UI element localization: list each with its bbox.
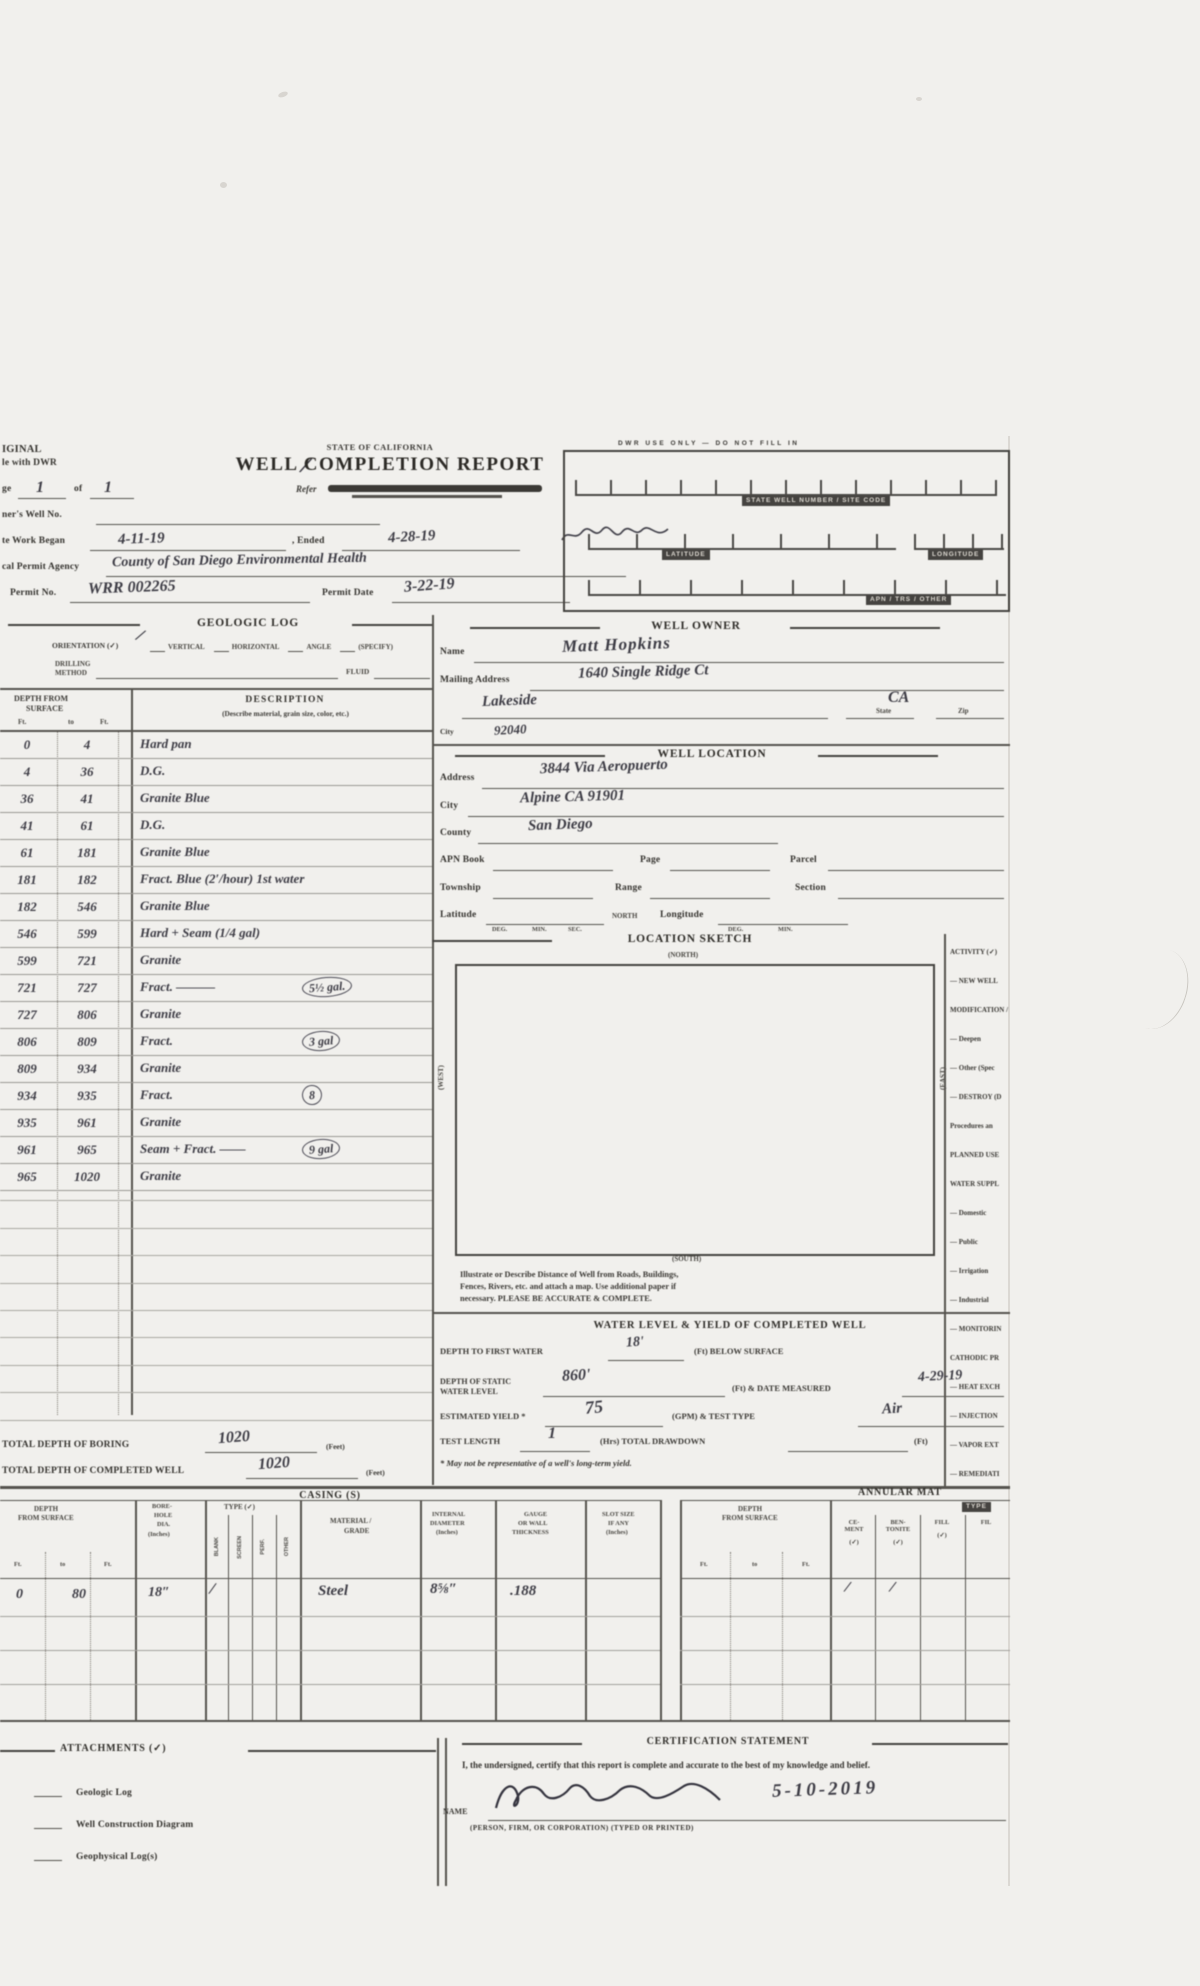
log-description: Hard pan (140, 737, 192, 750)
sketch-section-bottom-line (432, 1312, 1010, 1314)
permit-date-label: Permit Date (322, 588, 374, 599)
test-length-label: TEST LENGTH (440, 1437, 500, 1446)
material-label2: GRADE (344, 1528, 369, 1536)
casing-depth-header2: FROM SURFACE (18, 1515, 74, 1523)
deg-label: DEG. (492, 927, 507, 934)
casing-dia-value: 18″ (148, 1586, 170, 1600)
permit-date-blank (392, 602, 570, 603)
casing-col-line (660, 1500, 662, 1720)
orientation-check-blank (340, 642, 355, 652)
log-row: 182 546 Granite Blue (0, 894, 432, 921)
log-description: Fract. ——— (140, 980, 215, 993)
feet-label: (Feet) (366, 1469, 385, 1477)
log-row: 36 41 Granite Blue (0, 786, 432, 813)
total-depth-completed-value: 1020 (257, 1455, 290, 1473)
zip-label: Zip (958, 708, 969, 716)
log-description: Granite (140, 1115, 181, 1128)
casing-material-value: Steel (318, 1584, 348, 1599)
annular-depth-header1: DEPTH (738, 1506, 762, 1514)
material-label1: MATERIAL / (330, 1518, 371, 1526)
fluid-label: FLUID (346, 668, 369, 676)
log-yield-note-circled: 5½ gal. (301, 975, 353, 999)
ft-label: Ft. (104, 1562, 112, 1569)
activity-item: ACTIVITY (✓) (950, 938, 1008, 967)
total-depth-completed-blank (246, 1478, 358, 1479)
apn-book-label: APN Book (440, 855, 485, 866)
log-depth-to: 965 (58, 1137, 116, 1163)
annular-col-label1: FILL (920, 1520, 964, 1527)
log-depth-from: 599 (2, 948, 52, 974)
attachment-label: Geologic Log (76, 1788, 132, 1799)
geologic-log-title: GEOLOGIC LOG (150, 618, 346, 630)
north-label: NORTH (612, 913, 637, 921)
permit-agency-blank (106, 576, 626, 577)
to-label: to (68, 719, 74, 727)
log-description: Hard + Seam (1/4 gal) (140, 926, 260, 939)
orientation-check-blank (150, 642, 165, 652)
date-ended-label: , Ended (292, 536, 325, 547)
parcel-blank (828, 870, 1004, 871)
drilling-method-blank (96, 678, 338, 679)
file-with-dwr-label: le with DWR (2, 458, 57, 469)
date-measured-blank (902, 1396, 1004, 1397)
attachment-label: Geophysical Log(s) (76, 1852, 157, 1863)
township-blank (493, 898, 593, 899)
orientation-option-label: ANGLE (306, 644, 331, 652)
annular-top-line (680, 1500, 1010, 1501)
total-depth-completed-label: TOTAL DEPTH OF COMPLETED WELL (2, 1466, 184, 1477)
attachment-check-blank (34, 1796, 62, 1797)
casing-type-check: / (209, 1580, 216, 1597)
attachments-title: ATTACHMENTS (✓) (60, 1744, 166, 1754)
activity-item: WATER SUPPL (950, 1170, 1008, 1199)
well-owner-title: WELL OWNER (608, 621, 784, 633)
log-description: Fract. (140, 1034, 173, 1047)
dwr-use-only-note: DWR USE ONLY — DO NOT FILL IN (618, 440, 799, 447)
annular-header-bottom (680, 1578, 1010, 1579)
log-depth-to: 36 (58, 759, 116, 785)
activity-item: — REMEDIATI (950, 1460, 1008, 1483)
range-label: Range (615, 883, 642, 894)
log-depth-to: 4 (58, 732, 116, 758)
owner-location-divider (432, 744, 1010, 746)
log-table-top-line (0, 688, 432, 690)
first-water-label: DEPTH TO FIRST WATER (440, 1347, 543, 1356)
county-blank (478, 843, 778, 844)
owners-well-no-label: ner's Well No. (2, 510, 62, 521)
state-label: State (876, 708, 891, 716)
log-depth-from: 182 (2, 894, 52, 920)
casing-internal-value: 8⅝″ (430, 1582, 457, 1597)
annular-row-line (680, 1650, 1010, 1651)
casing-gauge-value: .188 (510, 1584, 536, 1599)
log-depth-to: 546 (58, 894, 116, 920)
scan-crease-mark (1117, 941, 1198, 1037)
owner-city-handwritten: Lakeside (482, 693, 537, 710)
annular-row-line (680, 1684, 1010, 1685)
section-blank (838, 898, 1004, 899)
log-depth-to: 806 (58, 1002, 116, 1028)
orientation-check-blank (214, 642, 229, 652)
ft-label: Ft. (802, 1562, 810, 1569)
test-type-handwritten: Air (882, 1401, 903, 1417)
log-depth-to: 961 (58, 1110, 116, 1136)
water-level-title: WATER LEVEL & YIELD OF COMPLETED WELL (500, 1320, 960, 1331)
log-depth-to: 61 (58, 813, 116, 839)
page-label: ge (2, 484, 11, 495)
sketch-instructions-line3: necessary. PLEASE BE ACCURATE & COMPLETE… (460, 1294, 652, 1303)
permit-no-label: Permit No. (10, 588, 56, 599)
title-rule (432, 940, 552, 942)
log-depth-from: 809 (2, 1056, 52, 1082)
log-depth-to: 182 (58, 867, 116, 893)
drawdown-label: (Hrs) TOTAL DRAWDOWN (600, 1437, 705, 1446)
cert-date-handwritten: 5-10-2019 (772, 1778, 879, 1801)
log-depth-from: 721 (2, 975, 52, 1001)
scan-speck (277, 90, 288, 98)
annular-depth-header2: FROM SURFACE (722, 1515, 778, 1523)
casing-col-line (300, 1500, 302, 1720)
min-label: MIN. (532, 927, 547, 934)
south-direction-label: (SOUTH) (672, 1256, 701, 1264)
annular-title: ANNULAR MAT (858, 1488, 942, 1498)
longitude-field-label: Longitude (660, 910, 704, 921)
log-depth-from: 935 (2, 1110, 52, 1136)
log-row: 41 61 D.G. (0, 813, 432, 840)
log-depth-from: 0 (2, 732, 52, 758)
casing-top-line (0, 1500, 660, 1501)
casing-to-value: 80 (72, 1588, 86, 1602)
annular-col-check-label: (✓) (832, 1540, 876, 1547)
method-label: METHOD (55, 670, 87, 678)
owner-city-blank (462, 718, 828, 719)
fluid-blank (374, 678, 430, 679)
drawdown-blank (788, 1451, 908, 1452)
first-water-blank (608, 1360, 684, 1361)
refer-label: Refer (296, 484, 317, 494)
activity-item: — Industrial (950, 1286, 1008, 1315)
activity-item: — VAPOR EXT (950, 1431, 1008, 1460)
log-depth-from: 546 (2, 921, 52, 947)
attachment-item: Geophysical Log(s) (0, 1848, 430, 1880)
location-sketch-box (455, 964, 935, 1256)
redaction-bar (352, 495, 502, 498)
location-address-label: Address (440, 773, 474, 784)
cert-signature-line (488, 1820, 1006, 1821)
log-depth-to: 181 (58, 840, 116, 866)
date-began-blank (90, 550, 286, 551)
activity-column-divider (944, 934, 946, 1486)
ft-label: Ft. (100, 719, 108, 727)
estimated-yield-label: ESTIMATED YIELD * (440, 1412, 526, 1421)
slot-label3: (Inches) (606, 1530, 628, 1537)
mailing-address-label: Mailing Address (440, 675, 510, 686)
log-description: Seam + Fract. —— (140, 1142, 246, 1155)
certification-title: CERTIFICATION STATEMENT (586, 1737, 870, 1747)
sketch-instructions-line1: Illustrate or Describe Distance of Well … (460, 1270, 678, 1279)
depth-from-header: DEPTH FROM (14, 695, 68, 704)
attachment-item: Well Construction Diagram (0, 1816, 430, 1848)
slot-label2: IF ANY (608, 1521, 629, 1528)
west-direction-label: (WEST) (438, 1065, 446, 1090)
log-description: D.G. (140, 764, 165, 777)
log-depth-to: 934 (58, 1056, 116, 1082)
annular-col-label2: TONITE (876, 1527, 920, 1534)
ft-label: Ft. (18, 719, 26, 727)
owners-well-no-blank (96, 524, 380, 525)
latitude-comb (588, 518, 896, 550)
mailing-address-blank (530, 690, 1004, 691)
date-began-handwritten: 4-11-19 (118, 531, 165, 548)
casing-bottom-heavy-line (0, 1720, 1010, 1722)
apn-page-label: Page (640, 855, 660, 866)
apn-book-blank (493, 870, 613, 871)
log-description: Granite (140, 1007, 181, 1020)
annular-col-line (680, 1500, 682, 1720)
scan-speck (916, 97, 922, 101)
casing-type-column-label: PERF. (261, 1539, 267, 1555)
log-empty-rows (0, 1174, 432, 1421)
casing-row-line (0, 1684, 660, 1685)
log-description: Granite (140, 1061, 181, 1074)
log-description: D.G. (140, 818, 165, 831)
redaction-bar (328, 485, 542, 492)
page-total-blank (90, 498, 134, 499)
log-yield-note-circled: 3 gal (301, 1030, 341, 1053)
activity-item: MODIFICATION / (950, 996, 1008, 1025)
log-row: 4 36 D.G. (0, 759, 432, 786)
log-row: 0 4 Hard pan (0, 732, 432, 759)
log-depth-from: 181 (2, 867, 52, 893)
page-blank (18, 498, 66, 499)
title-rule (470, 627, 600, 629)
page-number-handwritten: 1 (36, 480, 44, 496)
date-ended-handwritten: 4-28-19 (388, 529, 436, 546)
first-water-after-label: (Ft) BELOW SURFACE (694, 1347, 783, 1356)
static-level-label2: WATER LEVEL (440, 1388, 498, 1397)
attachment-check-blank (34, 1828, 62, 1829)
test-length-blank (520, 1451, 590, 1452)
min-label: MIN. (778, 927, 793, 934)
activity-item: Procedures an (950, 1112, 1008, 1141)
activity-item: — Other (Spec (950, 1054, 1008, 1083)
apn-trs-label: APN / TRS / OTHER (866, 595, 951, 605)
slot-label1: SLOT SIZE (602, 1512, 635, 1519)
original-label: IGINAL (2, 444, 42, 456)
parcel-label: Parcel (790, 855, 817, 866)
log-row: 727 806 Granite (0, 1002, 432, 1029)
location-city-label: City (440, 801, 458, 812)
log-depth-to: 41 (58, 786, 116, 812)
casing-col-line (585, 1500, 587, 1720)
permit-agency-label: cal Permit Agency (2, 562, 79, 573)
to-label: to (752, 1562, 757, 1569)
log-row: 181 182 Fract. Blue (2′/hour) 1st water (0, 867, 432, 894)
annular-col-check-label: (✓) (876, 1540, 920, 1547)
county-label: County (440, 828, 471, 839)
annular-row-line (680, 1616, 1010, 1617)
log-depth-to: 727 (58, 975, 116, 1001)
cert-name-label: NAME (443, 1808, 467, 1817)
annular-col-label1: FIL (964, 1520, 1008, 1527)
owner-name-handwritten: Matt Hopkins (562, 634, 671, 655)
date-began-label: te Work Began (2, 536, 65, 547)
log-row: 806 809 Fract. 3 gal (0, 1029, 432, 1056)
casing-col-line (135, 1500, 137, 1720)
owner-state-handwritten: CA (888, 690, 909, 706)
ft-label: Ft. (14, 1562, 22, 1569)
location-sketch-title: LOCATION SKETCH (560, 934, 820, 946)
log-yield-note-circled: 8 (301, 1084, 322, 1106)
casing-header-bottom (0, 1578, 660, 1579)
test-type-blank (858, 1426, 1004, 1427)
surface-header: SURFACE (26, 705, 63, 714)
orientation-label: ORIENTATION (✓) (52, 642, 118, 650)
static-level-handwritten: 860' (562, 1367, 591, 1384)
orientation-option-label: HORIZONTAL (232, 644, 280, 652)
location-city-handwritten: Alpine CA 91901 (520, 789, 625, 807)
first-water-handwritten: 18' (626, 1335, 645, 1350)
borehole-label1: BORE- (152, 1504, 172, 1511)
activity-column: ACTIVITY (✓) — NEW WELL MODIFICATION / —… (950, 938, 1008, 1483)
latitude-field-label: Latitude (440, 910, 476, 921)
page-total-handwritten: 1 (104, 480, 112, 496)
attachment-label: Well Construction Diagram (76, 1820, 193, 1831)
log-description: Fract. (140, 1088, 173, 1101)
casing-col-line (495, 1500, 497, 1720)
log-depth-from: 36 (2, 786, 52, 812)
owner-zip-blank (936, 718, 1004, 719)
casing-from-value: 0 (16, 1588, 23, 1602)
total-depth-boring-blank (205, 1452, 317, 1453)
range-blank (650, 898, 770, 899)
orientation-check-mark: / (135, 626, 146, 645)
yield-footnote: * May not be representative of a well's … (440, 1458, 632, 1468)
certification-body: I, the undersigned, certify that this re… (462, 1760, 1010, 1770)
casing-type-column-label: OTHER (285, 1537, 291, 1556)
annular-type-header: TYPE (962, 1502, 991, 1512)
owner-state-blank (846, 718, 914, 719)
log-row: 61 181 Granite Blue (0, 840, 432, 867)
scanned-well-completion-report: IGINAL le with DWR ge 1 of 1 / ner's Wel… (0, 0, 1200, 1986)
title-rule (248, 1750, 436, 1752)
log-row: 599 721 Granite (0, 948, 432, 975)
permit-agency-handwritten: County of San Diego Environmental Health (112, 552, 367, 570)
log-description: Granite (140, 953, 181, 966)
annular-cement-check: / (844, 1580, 851, 1597)
log-depth-to: 809 (58, 1029, 116, 1055)
permit-no-handwritten: WRR 002265 (88, 578, 176, 597)
attachment-item: Geologic Log (0, 1784, 430, 1816)
cert-signature-sublabel: (PERSON, FIRM, OR CORPORATION) (TYPED OR… (470, 1824, 694, 1832)
ft-label: Ft. (700, 1562, 708, 1569)
state-of-california: STATE OF CALIFORNIA (240, 442, 520, 452)
title-rule (0, 1750, 55, 1752)
state-well-number-comb (575, 464, 997, 496)
section-label: Section (795, 883, 826, 894)
latitude-label: LATITUDE (662, 550, 710, 560)
log-description: Fract. Blue (2′/hour) 1st water (140, 872, 304, 885)
log-depth-to: 935 (58, 1083, 116, 1109)
mailing-address-handwritten: 1640 Single Ridge Ct (578, 663, 709, 681)
to-label: to (60, 1562, 65, 1569)
orientation-option-label: (SPECIFY) (358, 644, 393, 652)
annular-bentonite-check: / (889, 1580, 896, 1597)
log-depth-from: 934 (2, 1083, 52, 1109)
gauge-label2: OR WALL (518, 1521, 547, 1528)
borehole-label2: HOLE (154, 1513, 172, 1520)
test-type-label: (GPM) & TEST TYPE (672, 1412, 755, 1421)
log-depth-from: 806 (2, 1029, 52, 1055)
title-rule (818, 755, 938, 757)
form-body: IGINAL le with DWR ge 1 of 1 / ner's Wel… (0, 440, 1010, 1910)
annular-col-check-label: (✓) (920, 1533, 964, 1540)
activity-item: — Public (950, 1228, 1008, 1257)
form-title: WELL COMPLETION REPORT (218, 454, 562, 476)
description-subheader: (Describe material, grain size, color, e… (148, 709, 423, 718)
gauge-label1: GAUGE (524, 1512, 547, 1519)
log-depth-from: 961 (2, 1137, 52, 1163)
casing-col-line (420, 1500, 422, 1720)
casing-row-line (0, 1650, 660, 1651)
orientation-option-label: VERTICAL (168, 644, 205, 652)
internal-label1: INTERNAL (432, 1512, 465, 1519)
internal-label2: DIAMETER (430, 1521, 465, 1528)
title-rule (8, 624, 140, 626)
casing-type-column-label: SCREEN (238, 1536, 244, 1559)
type-header: TYPE (✓) (224, 1504, 255, 1512)
log-depth-to: 721 (58, 948, 116, 974)
borehole-label3: DIA. (157, 1522, 170, 1529)
log-row: 546 599 Hard + Seam (1/4 gal) (0, 921, 432, 948)
borehole-label4: (Inches) (148, 1532, 170, 1539)
attachment-check-blank (34, 1860, 62, 1861)
internal-label3: (Inches) (436, 1530, 458, 1537)
log-row: 721 727 Fract. ——— 5½ gal. (0, 975, 432, 1002)
activity-item: — NEW WELL (950, 967, 1008, 996)
orientation-check-blank (288, 642, 303, 652)
activity-item: — DESTROY (D (950, 1083, 1008, 1112)
owner-zip-handwritten: 92040 (494, 722, 527, 737)
log-row: 961 965 Seam + Fract. —— 9 gal (0, 1137, 432, 1164)
static-level-blank (543, 1396, 725, 1397)
apn-trs-comb (588, 566, 1006, 596)
attachments-list: Geologic Log Well Construction Diagram G… (0, 1784, 430, 1880)
date-ended-blank (342, 550, 520, 551)
permit-date-handwritten: 3-22-19 (404, 576, 456, 595)
log-yield-note-circled: 9 gal (301, 1138, 341, 1161)
total-depth-boring-label: TOTAL DEPTH OF BORING (2, 1440, 129, 1451)
log-row: 934 935 Fract. 8 (0, 1083, 432, 1110)
casing-row-line (0, 1616, 660, 1617)
activity-item: — Irrigation (950, 1257, 1008, 1286)
of-label: of (74, 484, 82, 495)
annular-type-columns: CE- MENT (✓) BEN- TONITE (✓) FILL (✓) (832, 1520, 1008, 1547)
sec-label: SEC. (568, 927, 582, 934)
drilling-label: DRILLING (55, 661, 90, 669)
log-description: Granite Blue (140, 845, 210, 858)
estimated-yield-handwritten: 75 (584, 1397, 604, 1417)
title-rule (790, 627, 940, 629)
location-address-handwritten: 3844 Via Aeropuerto (540, 758, 668, 777)
state-well-number-label: STATE WELL NUMBER / SITE CODE (742, 496, 890, 506)
log-description: Granite Blue (140, 791, 210, 804)
static-level-label1: DEPTH OF STATIC (440, 1378, 511, 1387)
owner-name-label: Name (440, 647, 465, 658)
casing-type-columns: BLANK SCREEN PERF. OTHER (206, 1518, 299, 1576)
drawdown-unit-label: (Ft) (914, 1437, 928, 1446)
log-depth-from: 61 (2, 840, 52, 866)
